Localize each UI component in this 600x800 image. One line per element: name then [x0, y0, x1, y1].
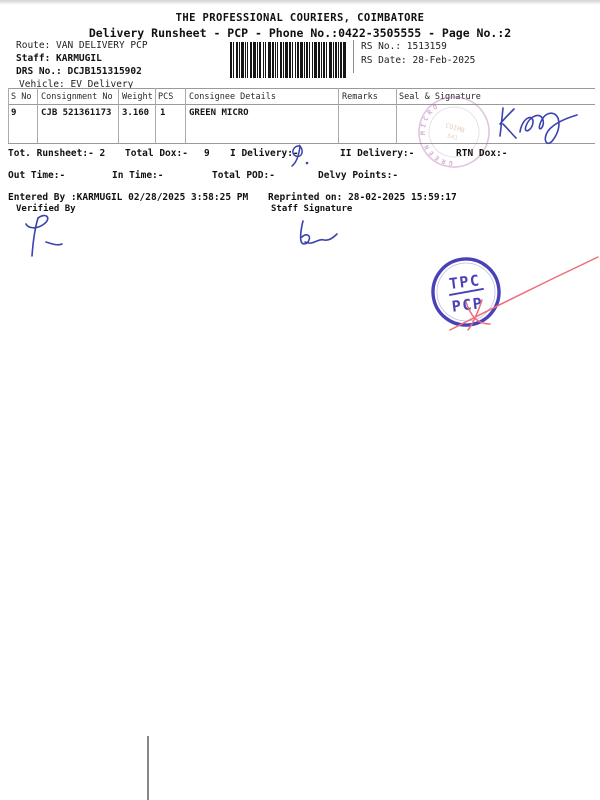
cell-pcs: 1	[160, 107, 165, 119]
out-time-label: Out Time:-	[8, 170, 65, 182]
col-header-pcs: PCS	[158, 91, 173, 103]
page-subtitle: Delivery Runsheet - PCP - Phone No.:0422…	[0, 26, 600, 40]
seal-center-line2: 641	[446, 132, 459, 142]
tpc-pcp-stamp: TPC PCP	[427, 252, 505, 332]
staff-signature-ink	[292, 218, 342, 250]
tot-runsheet-text: Tot. Runsheet:- 2	[8, 148, 105, 160]
total-dox-label: Total Dox:-	[125, 148, 188, 160]
tpc-stamp-line2: PCP	[451, 294, 485, 316]
in-time-label: In Time:-	[112, 170, 163, 182]
col-header-seal-signature: Seal & Signature	[399, 91, 481, 103]
total-pod-label: Total POD:-	[212, 170, 275, 182]
verified-by-label: Verified By	[16, 203, 76, 215]
table-gridline	[185, 88, 186, 143]
col-header-consignment-no: Consignment No	[41, 91, 113, 103]
staff-signature-label: Staff Signature	[271, 203, 352, 215]
ii-delivery-label: II Delivery:-	[340, 148, 414, 160]
table-top-border	[8, 88, 595, 89]
cell-consignee: GREEN MICRO	[189, 107, 249, 119]
col-header-s-no: S No	[11, 91, 31, 103]
seal-center-line1: COIMB	[445, 122, 466, 135]
col-header-weight: Weight	[122, 91, 153, 103]
red-pen-stroke	[430, 240, 600, 340]
rs-no-text: RS No.: 1513159	[361, 41, 447, 53]
cell-s-no: 9	[11, 107, 16, 119]
table-gridline	[8, 88, 9, 143]
drs-no-text: DRS No.: DCJB151315902	[16, 66, 142, 78]
verified-by-signature	[16, 212, 68, 264]
cell-weight: 3.160	[122, 107, 149, 119]
i-delivery-label: I Delivery:-	[230, 148, 299, 160]
cell-consignment-no: CJB 521361173	[41, 107, 111, 119]
scan-line-artifact	[147, 736, 149, 800]
table-gridline	[396, 88, 397, 143]
rs-divider-line	[353, 40, 354, 73]
staff-text: Staff: KARMUGIL	[16, 53, 102, 65]
runsheet-page: THE PROFESSIONAL COURIERS, COIMBATORE De…	[0, 0, 600, 800]
runsheet-barcode	[230, 42, 347, 78]
route-text: Route: VAN DELIVERY PCP	[16, 40, 148, 52]
tpc-stamp-line1: TPC	[448, 271, 482, 293]
col-header-remarks: Remarks	[342, 91, 378, 103]
table-bottom-border	[8, 143, 595, 144]
table-gridline	[155, 88, 156, 143]
table-gridline	[118, 88, 119, 143]
total-dox-value: 9	[204, 148, 210, 160]
table-gridline	[37, 88, 38, 143]
page-title: THE PROFESSIONAL COURIERS, COIMBATORE	[0, 12, 600, 24]
rtn-dox-label: RTN Dox:-	[456, 148, 507, 160]
table-gridline	[338, 88, 339, 143]
scan-edge-artifact	[0, 0, 600, 5]
rs-date-text: RS Date: 28-Feb-2025	[361, 55, 475, 67]
table-header-underline	[8, 104, 595, 105]
col-header-consignee: Consignee Details	[189, 91, 276, 103]
delvy-points-label: Delvy Points:-	[318, 170, 398, 182]
